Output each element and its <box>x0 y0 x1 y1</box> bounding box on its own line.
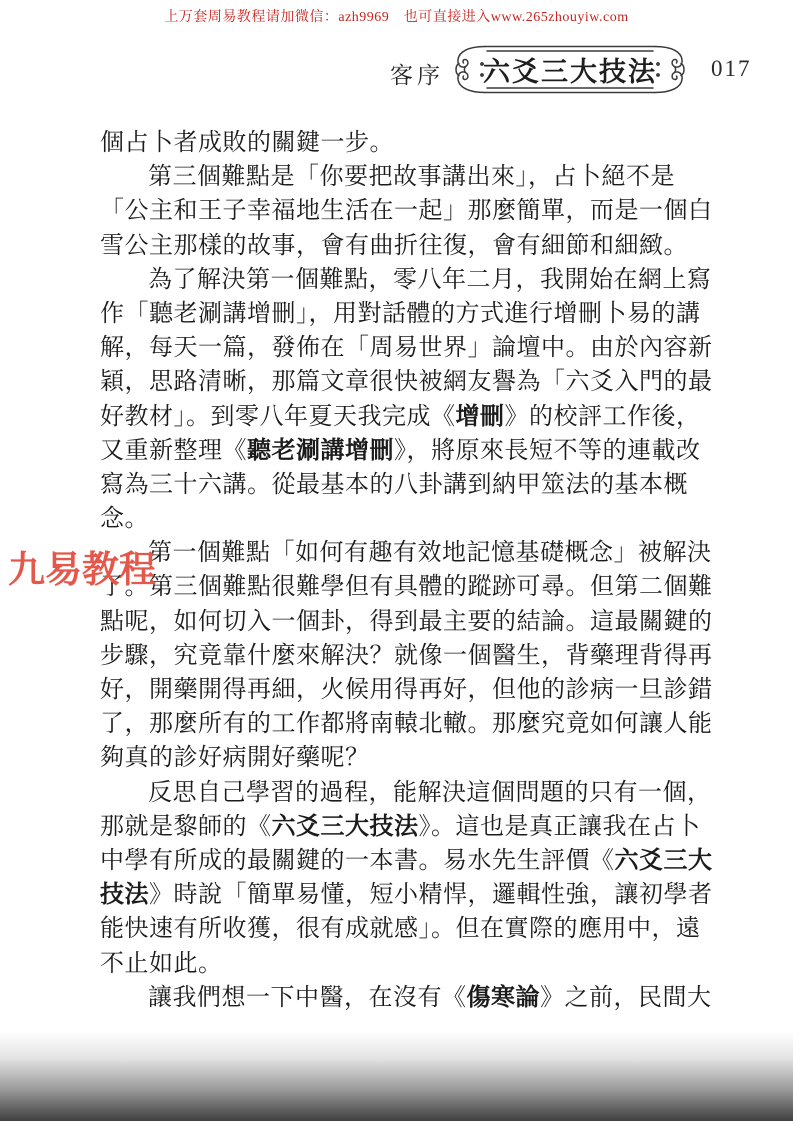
text-line: 了。第三個難點很難學但有具體的蹤跡可尋。但第二個難 <box>100 570 718 604</box>
text-line: 作「聽老涮講增刪」，用對話體的方式進行增刪卜易的講 <box>100 297 718 331</box>
text-line: 第一個難點「如何有趣有效地記憶基礎概念」被解決 <box>100 536 718 570</box>
text-line: 好教材」。到零八年夏天我完成《增刪》的校評工作後， <box>100 400 718 434</box>
text-line: 解，每天一篇，發佈在「周易世界」論壇中。由於內容新 <box>100 331 718 365</box>
text-line: 技法》時說「簡單易懂，短小精悍，邏輯性強，讓初學者 <box>100 878 718 912</box>
text-line: 能快速有所收獲，很有成就感」。但在實際的應用中，遠 <box>100 912 718 946</box>
text-line: 中學有所成的最關鍵的一本書。易水先生評價《六爻三大 <box>100 844 718 878</box>
text-line: 步驟，究竟靠什麼來解決？就像一個醫生，背藥理背得再 <box>100 639 718 673</box>
text-line: 念。 <box>100 502 718 536</box>
text-line: 為了解決第一個難點，零八年二月，我開始在網上寫 <box>100 263 718 297</box>
body-text: 個占卜者成敗的關鍵一步。第三個難點是「你要把故事講出來」，占卜絕不是「公主和王子… <box>100 126 718 1015</box>
book-title: 六爻三大技法 <box>452 41 688 98</box>
text-line: 讓我們想一下中醫，在沒有《傷寒論》之前，民間大 <box>100 981 718 1015</box>
text-line: 夠真的診好病開好藥呢？ <box>100 741 718 775</box>
text-line: 反思自己學習的過程，能解決這個問題的只有一個， <box>100 776 718 810</box>
text-line: 不止如此。 <box>100 947 718 981</box>
page-number: 017 <box>711 56 752 82</box>
text-line: 點呢，如何切入一個卦，得到最主要的結論。這最關鍵的 <box>100 605 718 639</box>
watermark-text: 九易教程 <box>8 539 156 593</box>
text-line: 穎，思路清晰，那篇文章很快被網友譽為「六爻入門的最 <box>100 365 718 399</box>
text-line: 那就是黎師的《六爻三大技法》。這也是真正讓我在占卜 <box>100 810 718 844</box>
text-line: 「公主和王子幸福地生活在一起」那麼簡單，而是一個白 <box>100 194 718 228</box>
page-bottom-shadow <box>0 1031 793 1121</box>
section-label: 客序 <box>390 57 444 90</box>
title-cartouche: 六爻三大技法 <box>452 41 688 98</box>
text-line: 寫為三十六講。從最基本的八卦講到納甲筮法的基本概 <box>100 468 718 502</box>
ad-banner-text: 上万套周易教程请加微信：azh9969 也可直接进入www.265zhouyiw… <box>0 6 793 26</box>
book-page: 上万套周易教程请加微信：azh9969 也可直接进入www.265zhouyiw… <box>0 0 793 1121</box>
text-line: 了，那麼所有的工作都將南轅北轍。那麼究竟如何讓人能 <box>100 707 718 741</box>
text-line: 第三個難點是「你要把故事講出來」，占卜絕不是 <box>100 160 718 194</box>
text-line: 好，開藥開得再細，火候用得再好，但他的診病一旦診錯 <box>100 673 718 707</box>
text-line: 雪公主那樣的故事，會有曲折往復，會有細節和細緻。 <box>100 229 718 263</box>
text-line: 又重新整理《聽老涮講增刪》，將原來長短不等的連載改 <box>100 434 718 468</box>
text-line: 個占卜者成敗的關鍵一步。 <box>100 126 718 160</box>
